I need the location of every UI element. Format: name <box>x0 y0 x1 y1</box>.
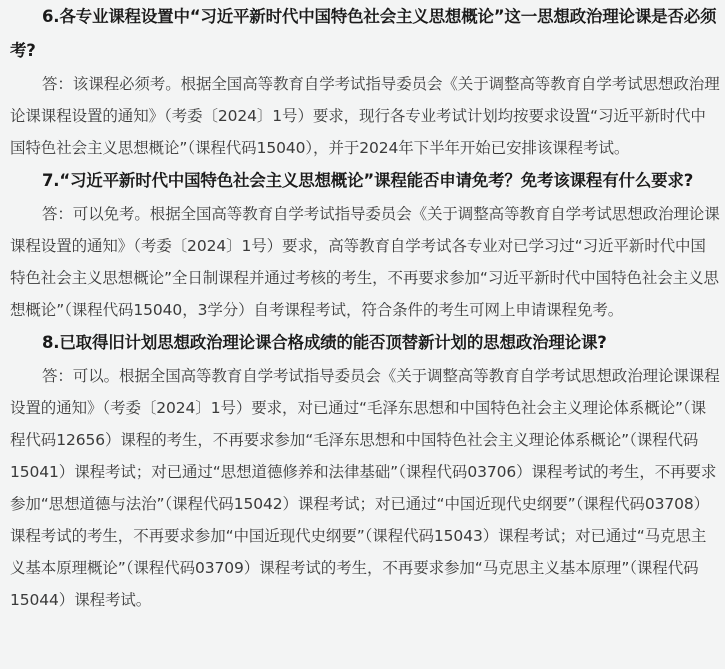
answer-8: 答：可以。根据全国高等教育自学考试指导委员会《关于调整高等教育自学考试思想政治理… <box>10 360 721 616</box>
question-6: 6.各专业课程设置中“习近平新时代中国特色社会主义思想概论”这一思想政治理论课是… <box>10 0 721 68</box>
question-8: 8.已取得旧计划思想政治理论课合格成绩的能否顶替新计划的思想政治理论课? <box>10 326 721 360</box>
answer-7: 答：可以免考。根据全国高等教育自学考试指导委员会《关于调整高等教育自学考试思想政… <box>10 198 721 326</box>
faq-document: 6.各专业课程设置中“习近平新时代中国特色社会主义思想概论”这一思想政治理论课是… <box>0 0 725 616</box>
answer-6: 答：该课程必须考。根据全国高等教育自学考试指导委员会《关于调整高等教育自学考试思… <box>10 68 721 164</box>
question-7: 7.“习近平新时代中国特色社会主义思想概论”课程能否申请免考？免考该课程有什么要… <box>10 164 721 198</box>
